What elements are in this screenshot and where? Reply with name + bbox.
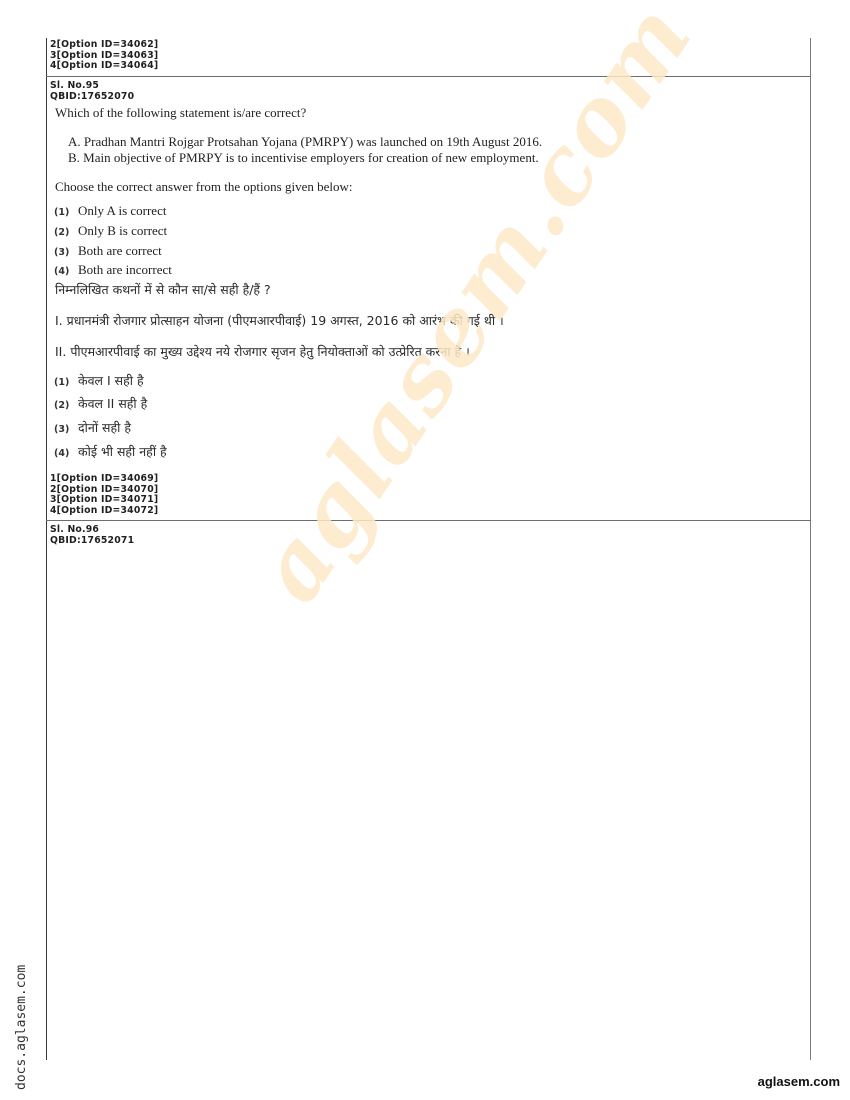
option-text: Only A is correct: [78, 203, 166, 218]
option-number: (1): [54, 377, 78, 388]
option-english-4: (4)Both are incorrect: [54, 259, 172, 278]
page-left-border: [46, 38, 47, 1060]
option-hindi-3: (3)दोनों सही है: [54, 417, 131, 436]
side-url[interactable]: docs.aglasem.com: [14, 965, 29, 1090]
previous-question-option-ids: 2[Option ID=34062] 3[Option ID=34063] 4[…: [50, 40, 158, 72]
option-number: (3): [54, 424, 78, 435]
option-hindi-4: (4)कोई भी सही नहीं है: [54, 441, 167, 460]
question-95-header: Sl. No.95 QBID:17652070: [50, 81, 134, 102]
statement-i: I. प्रधानमंत्री रोजगार प्रोत्साहन योजना …: [55, 312, 504, 329]
option-id: 3[Option ID=34071]: [50, 495, 158, 506]
option-text: कोई भी सही नहीं है: [78, 444, 167, 459]
option-number: (2): [54, 400, 78, 411]
question-96-header: Sl. No.96 QBID:17652071: [50, 525, 134, 546]
option-text: केवल II सही है: [78, 396, 147, 411]
serial-number: Sl. No.96: [50, 525, 134, 536]
option-id: 4[Option ID=34064]: [50, 61, 158, 72]
option-hindi-2: (2)केवल II सही है: [54, 393, 147, 412]
question-text-english: Which of the following statement is/are …: [55, 105, 306, 121]
option-number: (2): [54, 227, 78, 238]
option-number: (3): [54, 247, 78, 258]
option-english-3: (3)Both are correct: [54, 240, 162, 259]
option-number: (4): [54, 448, 78, 459]
option-id: 4[Option ID=34072]: [50, 506, 158, 517]
option-hindi-1: (1)केवल I सही है: [54, 370, 144, 389]
question-95-option-ids: 1[Option ID=34069] 2[Option ID=34070] 3[…: [50, 474, 158, 516]
option-english-1: (1)Only A is correct: [54, 200, 166, 219]
watermark: aglasem.com: [235, 0, 713, 620]
qbid: QBID:17652070: [50, 92, 134, 103]
statement-ii: II. पीएमआरपीवाई का मुख्य उद्देश्य नये रो…: [55, 343, 470, 360]
page-right-border: [810, 38, 811, 1060]
serial-number: Sl. No.95: [50, 81, 134, 92]
option-text: Both are incorrect: [78, 262, 172, 277]
footer-brand[interactable]: aglasem.com: [758, 1074, 840, 1089]
question-divider: [46, 520, 811, 521]
question-divider: [46, 76, 811, 77]
option-text: Both are correct: [78, 243, 162, 258]
option-english-2: (2)Only B is correct: [54, 220, 167, 239]
option-text: दोनों सही है: [78, 420, 131, 435]
statement-b: B. Main objective of PMRPY is to incenti…: [68, 150, 539, 166]
option-text: Only B is correct: [78, 223, 167, 238]
question-text-hindi: निम्नलिखित कथनों में से कौन सा/से सही है…: [55, 281, 271, 298]
option-text: केवल I सही है: [78, 373, 144, 388]
qbid: QBID:17652071: [50, 536, 134, 547]
statement-a: A. Pradhan Mantri Rojgar Protsahan Yojan…: [68, 134, 542, 150]
instruction-text: Choose the correct answer from the optio…: [55, 179, 352, 195]
option-number: (4): [54, 266, 78, 277]
option-id: 2[Option ID=34062]: [50, 40, 158, 51]
option-number: (1): [54, 207, 78, 218]
option-id: 1[Option ID=34069]: [50, 474, 158, 485]
